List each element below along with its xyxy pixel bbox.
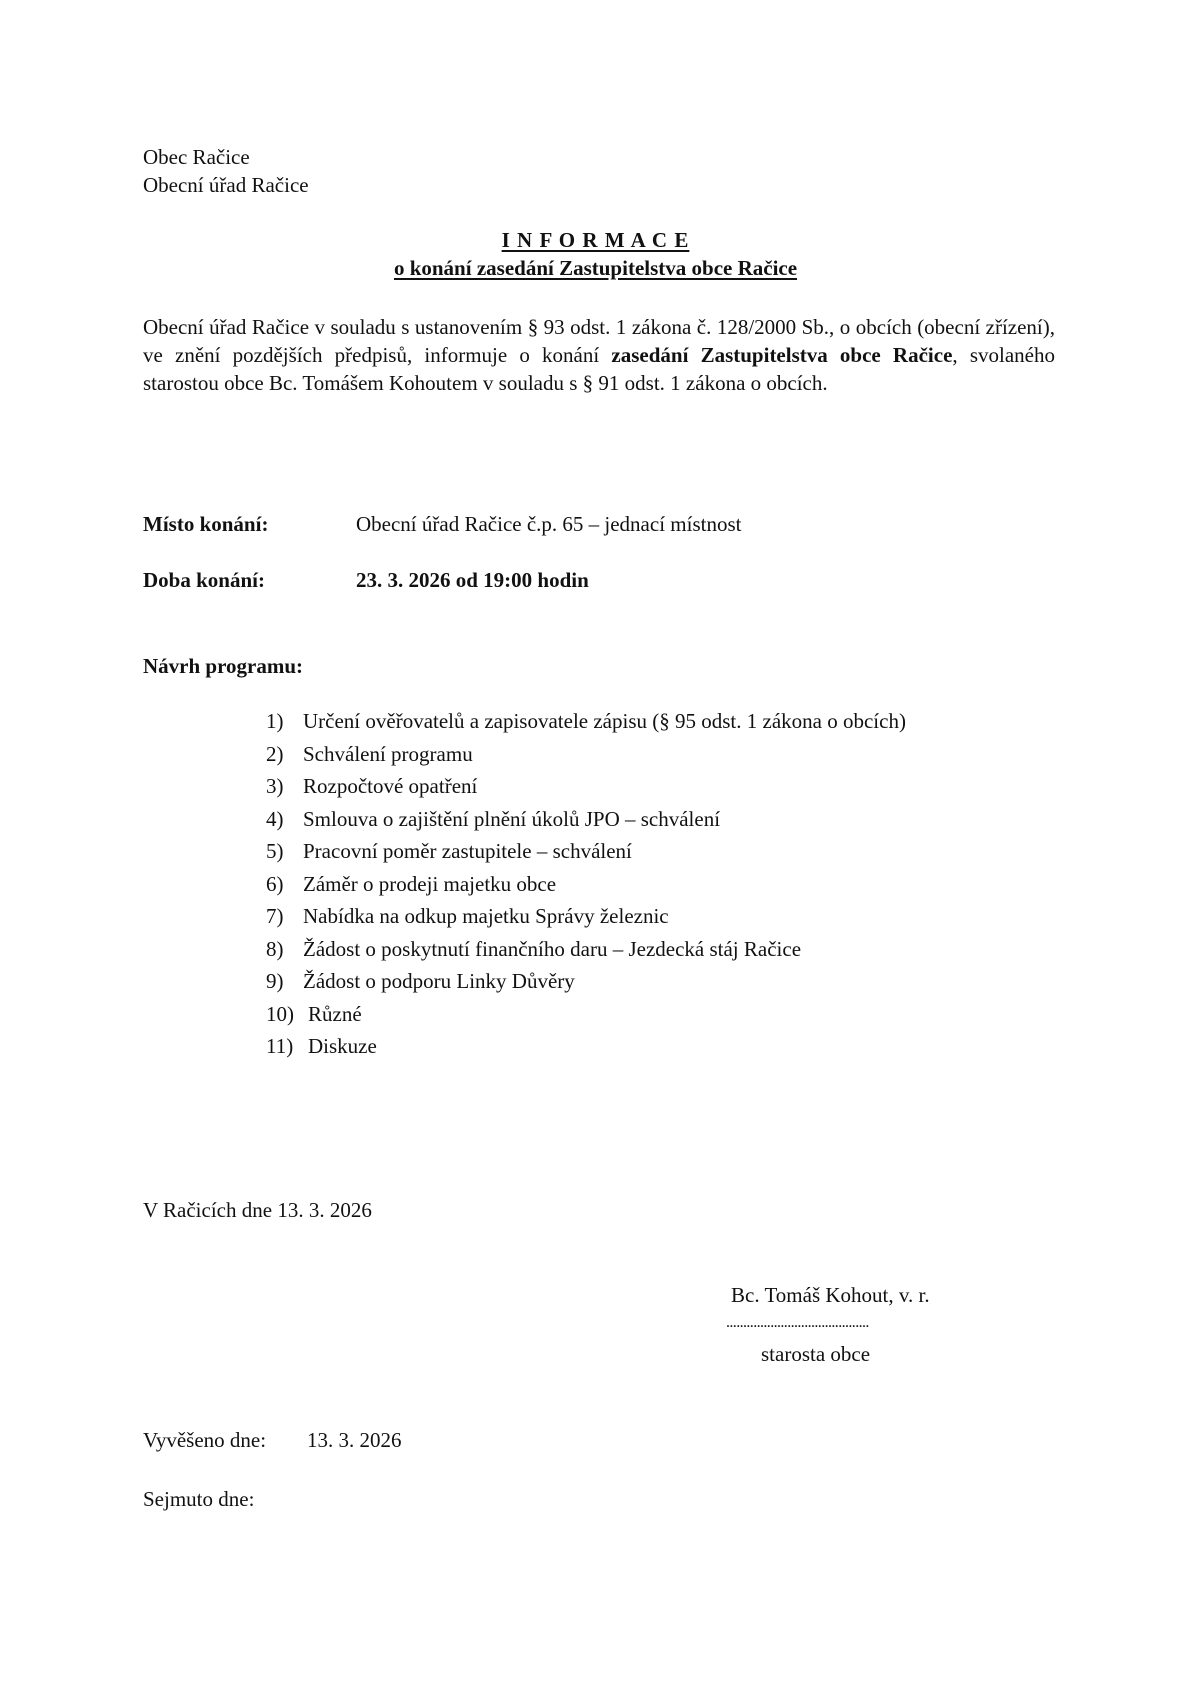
program-item-text: Diskuze bbox=[308, 1032, 377, 1060]
venue-value: Obecní úřad Račice č.p. 65 – jednací mís… bbox=[356, 510, 741, 538]
posted-label: Vyvěšeno dne: bbox=[143, 1426, 266, 1454]
program-item-number: 3) bbox=[266, 772, 284, 800]
program-item-number: 9) bbox=[266, 967, 284, 995]
removed-label: Sejmuto dne: bbox=[143, 1485, 254, 1513]
program-item-text: Smlouva o zajištění plnění úkolů JPO – s… bbox=[303, 805, 720, 833]
signature-line: ........................................… bbox=[726, 1313, 869, 1333]
program-item-number: 8) bbox=[266, 935, 284, 963]
program-item-number: 5) bbox=[266, 837, 284, 865]
program-item-number: 4) bbox=[266, 805, 284, 833]
posted-value: 13. 3. 2026 bbox=[307, 1426, 402, 1454]
header-municipality: Obec Račice bbox=[143, 143, 250, 171]
program-item-number: 1) bbox=[266, 707, 284, 735]
intro-paragraph: Obecní úřad Račice v souladu s ustanoven… bbox=[143, 313, 1055, 397]
document-title: I N F O R M A C E bbox=[0, 226, 1191, 254]
program-item-text: Nabídka na odkup majetku Správy železnic bbox=[303, 902, 669, 930]
signature-role: starosta obce bbox=[761, 1340, 870, 1368]
header-office: Obecní úřad Račice bbox=[143, 171, 309, 199]
intro-text-bold: zasedání Zastupitelstva obce Račice bbox=[611, 343, 952, 367]
signature-name: Bc. Tomáš Kohout, v. r. bbox=[731, 1281, 930, 1309]
program-item-number: 7) bbox=[266, 902, 284, 930]
program-item-text: Žádost o poskytnutí finančního daru – Je… bbox=[303, 935, 801, 963]
program-item-number: 2) bbox=[266, 740, 284, 768]
program-item-text: Schválení programu bbox=[303, 740, 473, 768]
program-item-text: Pracovní poměr zastupitele – schválení bbox=[303, 837, 632, 865]
program-heading: Návrh programu: bbox=[143, 652, 303, 680]
program-item-text: Rozpočtové opatření bbox=[303, 772, 477, 800]
document-subtitle: o konání zasedání Zastupitelstva obce Ra… bbox=[0, 254, 1191, 282]
program-item-text: Záměr o prodeji majetku obce bbox=[303, 870, 556, 898]
place-date: V Račicích dne 13. 3. 2026 bbox=[143, 1196, 372, 1224]
program-item-number: 10) bbox=[266, 1000, 294, 1028]
time-value: 23. 3. 2026 od 19:00 hodin bbox=[356, 566, 589, 594]
program-item-number: 11) bbox=[266, 1032, 293, 1060]
program-item-number: 6) bbox=[266, 870, 284, 898]
program-item-text: Určení ověřovatelů a zapisovatele zápisu… bbox=[303, 707, 906, 735]
program-item-text: Různé bbox=[308, 1000, 362, 1028]
venue-label: Místo konání: bbox=[143, 510, 268, 538]
time-label: Doba konání: bbox=[143, 566, 265, 594]
program-item-text: Žádost o podporu Linky Důvěry bbox=[303, 967, 575, 995]
